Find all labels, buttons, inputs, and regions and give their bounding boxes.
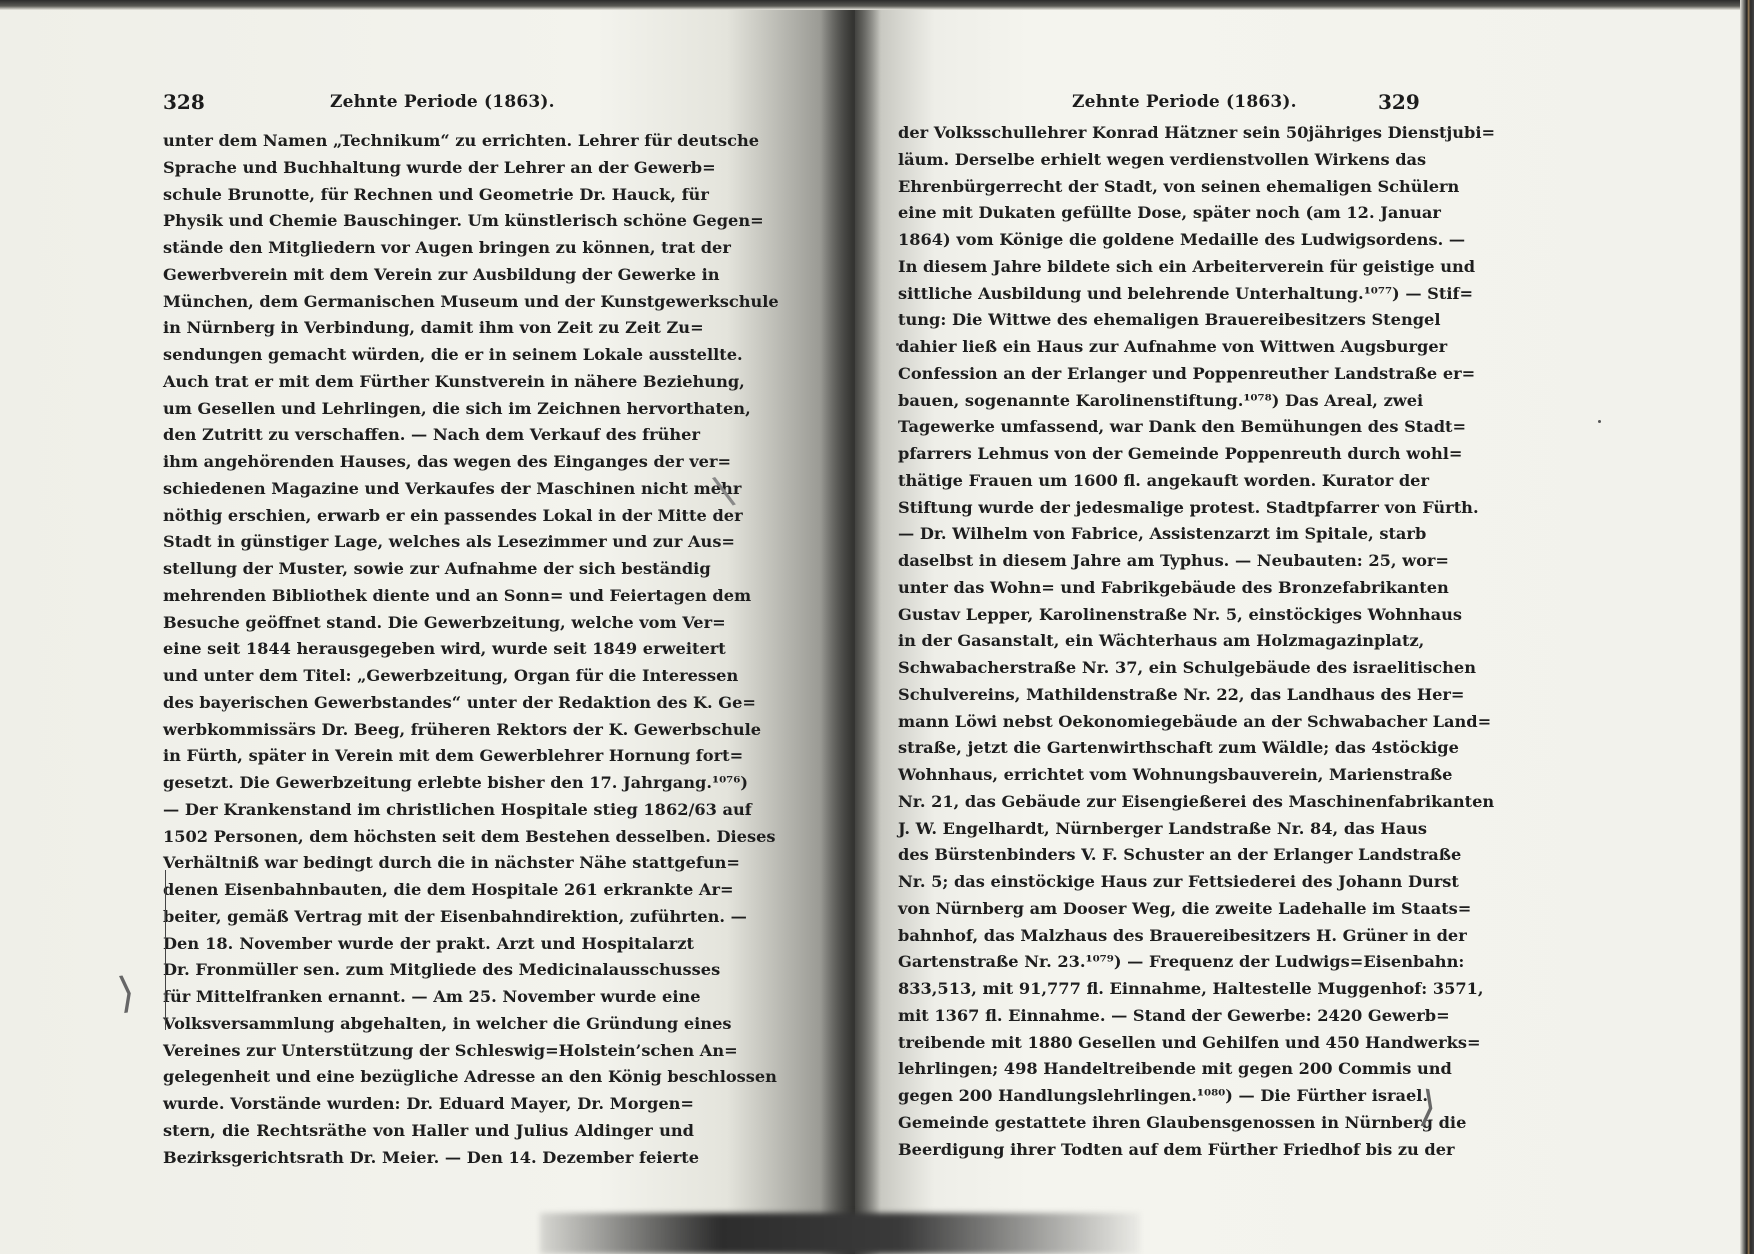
text-line: treibende mit 1880 Gesellen und Gehilfen…	[898, 1030, 1410, 1057]
text-line: beiter, gemäß Vertrag mit der Eisenbahnd…	[163, 904, 694, 931]
text-line: thätige Frauen um 1600 fl. angekauft wor…	[898, 468, 1410, 495]
text-line: für Mittelfranken ernannt. — Am 25. Nove…	[163, 984, 694, 1011]
text-line: mit 1367 fl. Einnahme. — Stand der Gewer…	[898, 1003, 1410, 1030]
text-line: sittliche Ausbildung und belehrende Unte…	[898, 281, 1410, 308]
text-line: mehrenden Bibliothek diente und an Sonn=…	[163, 583, 694, 610]
text-line: Beerdigung ihrer Todten auf dem Fürther …	[898, 1137, 1410, 1164]
text-line: straße, jetzt die Gartenwirthschaft zum …	[898, 735, 1410, 762]
text-line: von Nürnberg am Dooser Weg, die zweite L…	[898, 896, 1410, 923]
text-line: und unter dem Titel: „Gewerbzeitung, Org…	[163, 663, 694, 690]
book-gutter-shadow	[820, 10, 880, 1254]
text-line: — Der Krankenstand im christlichen Hospi…	[163, 797, 694, 824]
text-line: stellung der Muster, sowie zur Aufnahme …	[163, 556, 694, 583]
text-line: wurde. Vorstände wurden: Dr. Eduard Maye…	[163, 1091, 694, 1118]
text-line: bauen, sogenannte Karolinenstiftung.¹⁰⁷⁸…	[898, 388, 1410, 415]
left-page-body: unter dem Namen „Technikum“ zu errichten…	[163, 128, 694, 1171]
text-line: läum. Derselbe erhielt wegen verdienstvo…	[898, 147, 1410, 174]
text-line: Confession an der Erlanger und Poppenreu…	[898, 361, 1410, 388]
text-line: Physik und Chemie Bauschinger. Um künstl…	[163, 208, 694, 235]
book-right-edge	[1740, 0, 1754, 1254]
text-line: der Volksschullehrer Konrad Hätzner sein…	[898, 120, 1410, 147]
text-line: des Bürstenbinders V. F. Schuster an der…	[898, 842, 1410, 869]
text-line: 1502 Personen, dem höchsten seit dem Bes…	[163, 824, 694, 851]
speck	[896, 343, 899, 346]
scanner-bottom-blur	[540, 1213, 1140, 1254]
text-line: Dr. Fronmüller sen. zum Mitgliede des Me…	[163, 957, 694, 984]
text-line: in Nürnberg in Verbindung, damit ihm von…	[163, 315, 694, 342]
text-line: in Fürth, später in Verein mit dem Gewer…	[163, 743, 694, 770]
text-line: Nr. 5; das einstöckige Haus zur Fettsied…	[898, 869, 1410, 896]
text-line: 833,513, mit 91,777 fl. Einnahme, Haltes…	[898, 976, 1410, 1003]
text-line: Bezirksgerichtsrath Dr. Meier. — Den 14.…	[163, 1145, 694, 1172]
text-line: schiedenen Magazine und Verkaufes der Ma…	[163, 476, 694, 503]
text-line: daselbst in diesem Jahre am Typhus. — Ne…	[898, 548, 1410, 575]
text-line: Schwabacherstraße Nr. 37, ein Schulgebäu…	[898, 655, 1410, 682]
left-page-number: 328	[163, 90, 205, 114]
text-line: eine mit Dukaten gefüllte Dose, später n…	[898, 200, 1410, 227]
text-line: bahnhof, das Malzhaus des Brauereibesitz…	[898, 923, 1410, 950]
left-running-head: Zehnte Periode (1863).	[330, 92, 555, 112]
text-line: Vereines zur Unterstützung der Schleswig…	[163, 1038, 694, 1065]
text-line: — Dr. Wilhelm von Fabrice, Assistenzarzt…	[898, 521, 1410, 548]
text-line: Ehrenbürgerrecht der Stadt, von seinen e…	[898, 174, 1410, 201]
text-line: unter dem Namen „Technikum“ zu errichten…	[163, 128, 694, 155]
text-line: Tagewerke umfassend, war Dank den Bemühu…	[898, 414, 1410, 441]
text-line: stern, die Rechtsräthe von Haller und Ju…	[163, 1118, 694, 1145]
text-line: gelegenheit und eine bezügliche Adresse …	[163, 1064, 694, 1091]
text-line: pfarrers Lehmus von der Gemeinde Poppenr…	[898, 441, 1410, 468]
text-line: schule Brunotte, für Rechnen und Geometr…	[163, 182, 694, 209]
text-line: Den 18. November wurde der prakt. Arzt u…	[163, 931, 694, 958]
text-line: den Zutritt zu verschaffen. — Nach dem V…	[163, 422, 694, 449]
text-line: des bayerischen Gewerbstandes“ unter der…	[163, 690, 694, 717]
text-line: Sprache und Buchhaltung wurde der Lehrer…	[163, 155, 694, 182]
text-line: 1864) vom Könige die goldene Medaille de…	[898, 227, 1410, 254]
text-line: Gustav Lepper, Karolinenstraße Nr. 5, ei…	[898, 602, 1410, 629]
text-line: J. W. Engelhardt, Nürnberger Landstraße …	[898, 816, 1410, 843]
text-line: nöthig erschien, erwarb er ein passendes…	[163, 503, 694, 530]
text-line: Gewerbverein mit dem Verein zur Ausbildu…	[163, 262, 694, 289]
right-page-number: 329	[1378, 90, 1420, 114]
text-line: Schulvereins, Mathildenstraße Nr. 22, da…	[898, 682, 1410, 709]
text-line: tung: Die Wittwe des ehemaligen Brauerei…	[898, 307, 1410, 334]
text-line: unter das Wohn= und Fabrikgebäude des Br…	[898, 575, 1410, 602]
text-line: sendungen gemacht würden, die er in sein…	[163, 342, 694, 369]
text-line: Gartenstraße Nr. 23.¹⁰⁷⁹) — Frequenz der…	[898, 949, 1410, 976]
right-running-head: Zehnte Periode (1863).	[1072, 92, 1297, 112]
text-line: München, dem Germanischen Museum und der…	[163, 289, 694, 316]
scan-top-edge	[0, 0, 1754, 10]
text-line: Verhältniß war bedingt durch die in näch…	[163, 850, 694, 877]
text-line: um Gesellen und Lehrlingen, die sich im …	[163, 396, 694, 423]
text-line: in der Gasanstalt, ein Wächterhaus am Ho…	[898, 628, 1410, 655]
text-line: Volksversammlung abgehalten, in welcher …	[163, 1011, 694, 1038]
text-line: Stadt in günstiger Lage, welches als Les…	[163, 529, 694, 556]
text-line: Stiftung wurde der jedesmalige protest. …	[898, 495, 1410, 522]
text-line: werbkommissärs Dr. Beeg, früheren Rektor…	[163, 717, 694, 744]
text-line: In diesem Jahre bildete sich ein Arbeite…	[898, 254, 1410, 281]
text-line: Wohnhaus, errichtet vom Wohnungsbauverei…	[898, 762, 1410, 789]
text-line: gegen 200 Handlungslehrlingen.¹⁰⁸⁰) — Di…	[898, 1083, 1410, 1110]
text-line: mann Löwi nebst Oekonomiegebäude an der …	[898, 709, 1410, 736]
text-line: Auch trat er mit dem Fürther Kunstverein…	[163, 369, 694, 396]
text-line: Nr. 21, das Gebäude zur Eisengießerei de…	[898, 789, 1410, 816]
text-line: Besuche geöffnet stand. Die Gewerbzeitun…	[163, 610, 694, 637]
text-line: eine seit 1844 herausgegeben wird, wurde…	[163, 636, 694, 663]
text-line: dahier ließ ein Haus zur Aufnahme von Wi…	[898, 334, 1410, 361]
text-line: Gemeinde gestattete ihren Glaubensgenoss…	[898, 1110, 1410, 1137]
text-line: gesetzt. Die Gewerbzeitung erlebte bishe…	[163, 770, 694, 797]
book-scan: 328 Zehnte Periode (1863). Zehnte Period…	[0, 0, 1754, 1254]
text-line: stände den Mitgliedern vor Augen bringen…	[163, 235, 694, 262]
right-page-body: der Volksschullehrer Konrad Hätzner sein…	[898, 120, 1410, 1163]
text-line: ihm angehörenden Hauses, das wegen des E…	[163, 449, 694, 476]
text-line: denen Eisenbahnbauten, die dem Hospitale…	[163, 877, 694, 904]
text-line: lehrlingen; 498 Handeltreibende mit gege…	[898, 1056, 1410, 1083]
margin-line-mark	[165, 870, 166, 1030]
speck	[1598, 420, 1601, 423]
